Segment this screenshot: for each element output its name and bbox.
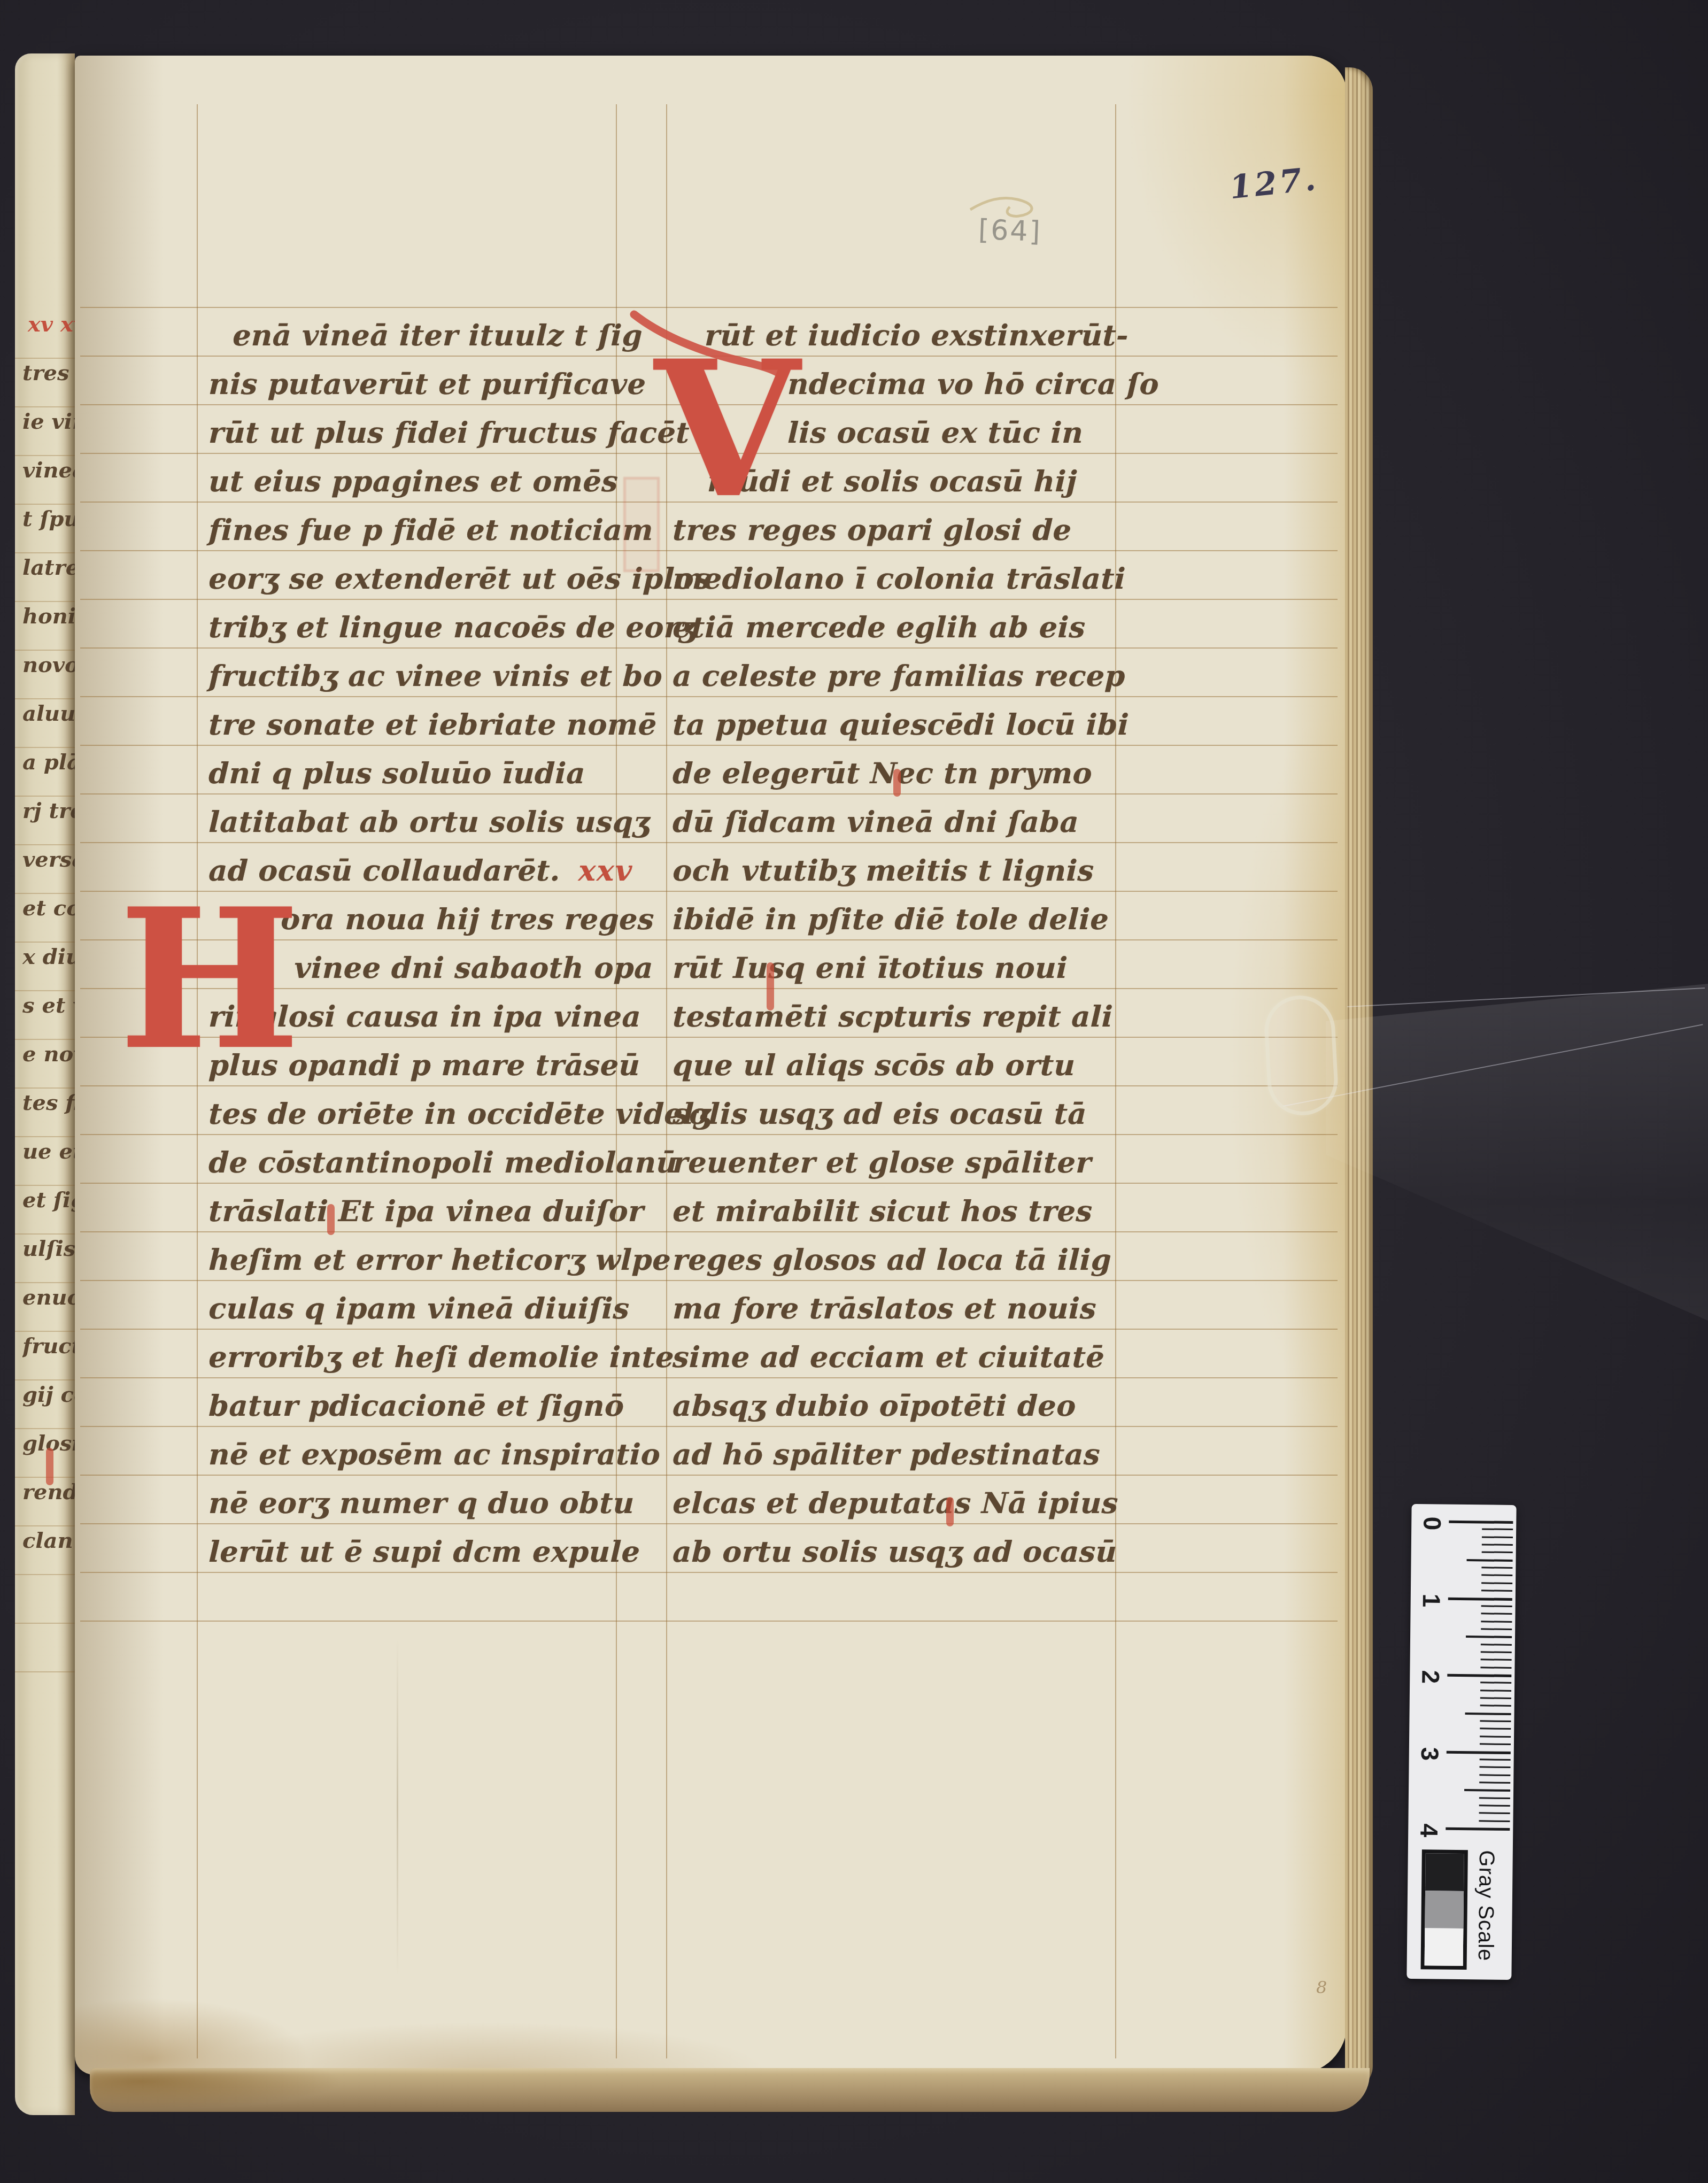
manuscript-line: ibidē in pſite diē tole delie: [671, 902, 1109, 948]
ruler-tick-cm: [1447, 1750, 1511, 1754]
manuscript-line-text: que ul aliqs scōs ab ortu: [672, 1048, 1076, 1082]
manuscript-line-text: ad hō spāliter pdestinatas: [672, 1437, 1101, 1471]
manuscript-line: fines fue p fidē et noticiam: [207, 513, 654, 559]
manuscript-line-text: mediolano ī colonia trāslati: [672, 561, 1126, 596]
page-edge-fragment: fructs pduc: [22, 1333, 75, 1359]
ruled-line-horizontal: [80, 307, 1338, 308]
manuscript-line: de cōstantinopoli mediolanū: [207, 1145, 678, 1191]
rubric-touch-nec: [893, 769, 901, 797]
manuscript-line-text: sime ad ecciam et ciuitatē: [672, 1340, 1105, 1374]
ruler-tick-mm: [1465, 1713, 1511, 1715]
page-edge-fragment: clan ipam: [22, 1528, 75, 1553]
manuscript-line-text: nē et exposēm ac inspiratio: [208, 1437, 661, 1471]
manuscript-line-text: nis putaverūt et purificave: [208, 367, 646, 401]
manuscript-line: ta ppetua quiescēdi locū ibi: [671, 707, 1129, 753]
page-edge-fragment: a plātauer: [22, 750, 75, 775]
ruler-tick-mm: [1480, 1697, 1511, 1699]
grayscale-patches: [1421, 1849, 1468, 1970]
manuscript-line-text: erroribʒ et heſi demolie inte: [208, 1340, 675, 1374]
manuscript-line-text: ta ppetua quiescēdi locū ibi: [672, 707, 1130, 742]
manuscript-line: reuenter et glose spāliter: [671, 1145, 1092, 1191]
ruler-tick-mm: [1480, 1690, 1511, 1692]
manuscript-line: ad hō spāliter pdestinatas: [671, 1437, 1101, 1483]
rubric-touch-iusq: [767, 962, 774, 1010]
manuscript-line: nē et exposēm ac inspiratio: [207, 1437, 661, 1483]
manuscript-line: testamēti scpturis repit ali: [671, 999, 1114, 1045]
ruler-tick-mm: [1480, 1735, 1511, 1738]
ruler-number: 2: [1417, 1663, 1444, 1691]
manuscript-line-text: reges glosos ad loca tā ilig: [672, 1243, 1112, 1277]
ruler-tick-mm: [1480, 1728, 1511, 1730]
manuscript-line: latitabat ab ortu solis usqʒ: [207, 805, 650, 851]
ruler-tick-mm: [1480, 1743, 1511, 1745]
manuscript-line: culas q ipam vineā diuiſis: [207, 1291, 630, 1337]
ruler-tick-mm: [1479, 1774, 1510, 1776]
manuscript-line-text: rūt ut plus fidei fructus facēt: [208, 415, 690, 450]
manuscript-line: enā vineā iter ituulz t ſig: [231, 318, 643, 364]
rubric-touch-na: [946, 1497, 954, 1526]
manuscript-line-text: de cōstantinopoli mediolanū: [208, 1145, 678, 1179]
manuscript-line-text: dū ſidcam vineā dni ſaba: [672, 805, 1079, 839]
manuscript-line: lis ocasū ex tūc in: [786, 415, 1084, 461]
ruler-tick-mm: [1482, 1536, 1513, 1538]
pencil-foliation-note: [64]: [978, 214, 1042, 248]
manuscript-line: de elegerūt Nec tn prymo: [671, 756, 1093, 802]
manuscript-line-text: de elegerūt Nec tn prymo: [672, 756, 1093, 790]
ruler-tick-mm: [1481, 1575, 1512, 1577]
manuscript-line: tre sonate et iebriate nomē: [207, 707, 657, 753]
ruler-tick-mm: [1480, 1720, 1511, 1722]
page-edge-fragment: rj tres rege: [22, 798, 75, 823]
manuscript-line: rūt Iusq eni ītotius noui: [671, 951, 1068, 997]
page-stack-bottom-edge: [90, 2068, 1370, 2112]
ruler-tick-mm: [1481, 1582, 1512, 1584]
page-edge-fragment: xv xv: [22, 312, 75, 337]
manuscript-line-text: lis ocasū ex tūc in: [787, 415, 1084, 450]
ruler-tick-cm: [1446, 1827, 1510, 1831]
manuscript-line-text: tes de oriēte in occidēte videlʒ: [208, 1097, 711, 1131]
manuscript-line-text: enā vineā iter ituulz t ſig: [232, 318, 643, 352]
ruler-tick-mm: [1466, 1636, 1512, 1638]
ruler-tick-mm: [1467, 1559, 1513, 1562]
manuscript-line-text: ora noua hij tres reges: [280, 902, 655, 936]
manuscript-line-text: solis usqʒ ad eis ocasū tā: [672, 1097, 1087, 1131]
manuscript-line: vinee dni sabaoth opa: [293, 951, 653, 997]
manuscript-line: nē eorʒ numer q duo obtu: [207, 1486, 635, 1532]
manuscript-line: dū ſidcam vineā dni ſaba: [671, 805, 1079, 851]
manuscript-line: nis putaverūt et purificave: [207, 367, 646, 413]
ruler-tick-mm: [1481, 1659, 1512, 1661]
page-edge-fragment: enuo fidei cl: [22, 1285, 75, 1310]
manuscript-line-text: rūt Iusq eni ītotius noui: [672, 951, 1068, 985]
ruler-tick-mm: [1481, 1605, 1512, 1607]
grayscale-label: Gray Scale: [1473, 1850, 1498, 1970]
manuscript-line: heſim et error heticorʒ wlpe: [207, 1243, 671, 1289]
manuscript-line: ndecima vo hō circa ſo: [786, 367, 1160, 413]
manuscript-line-text: tre sonate et iebriate nomē: [208, 707, 658, 742]
manuscript-line: que ul aliqs scōs ab ortu: [671, 1048, 1076, 1094]
grayscale-ruler: 01234 Gray Scale: [1406, 1504, 1516, 1980]
manuscript-line-text: ndecima vo hō circa ſo: [787, 367, 1160, 401]
manuscript-line: ab ortu solis usqʒ ad ocasū: [671, 1534, 1117, 1580]
ruler-tick-mm: [1481, 1651, 1512, 1653]
page-edge-fragment: versabili: [22, 847, 75, 872]
ruler-tick-mm: [1482, 1552, 1513, 1554]
chapter-number-rubric: xxv: [578, 853, 633, 888]
page-edge-fragment: et collā h: [22, 896, 75, 921]
manuscript-line-text: culas q ipam vineā diuiſis: [208, 1291, 630, 1325]
manuscript-line: elcas et deputatas Nā ipius: [671, 1486, 1118, 1532]
manuscript-line: solis usqʒ ad eis ocasū tā: [671, 1097, 1087, 1143]
ruler-tick-mm: [1479, 1781, 1510, 1784]
ruler-tick-mm: [1479, 1812, 1510, 1815]
manuscript-line-text: heſim et error heticorʒ wlpe: [208, 1243, 671, 1277]
ruler-tick-cm: [1448, 1597, 1512, 1600]
ruler-tick-mm: [1480, 1667, 1511, 1669]
ruler-tick-mm: [1479, 1797, 1510, 1799]
ruler-tick-mm: [1479, 1767, 1510, 1769]
ruler-tick-mm: [1479, 1820, 1510, 1822]
ruler-tick-cm: [1447, 1674, 1511, 1677]
manuscript-line: mediolano ī colonia trāslati: [671, 561, 1126, 607]
page-edge-fragment: tres reges: [22, 360, 75, 385]
manuscript-line-text: och vtutibʒ meitis t lignis: [672, 853, 1094, 888]
ruler-numbers: 01234: [1412, 1504, 1517, 1505]
ruler-tick-mm: [1464, 1789, 1510, 1792]
manuscript-line-text: absqʒ dubio oīpotēti deo: [672, 1389, 1077, 1423]
manuscript-line-text: ut eius ppagines et omēs: [208, 464, 619, 498]
page-edge-fragment: t ſpuis dni: [22, 506, 75, 531]
manuscript-line-text: fructibʒ ac vinee vinis et bo: [208, 659, 663, 693]
grayscale-patch-white: [1425, 1928, 1464, 1966]
ruler-tick-mm: [1480, 1705, 1511, 1707]
previous-page-edge: xv xvtres regesie vindresvineā duilst ſp…: [15, 53, 75, 2115]
ruler-tick-mm: [1482, 1529, 1513, 1531]
manuscript-photo-scene: xv xvtres regesie vindresvineā duilst ſp…: [0, 0, 1708, 2183]
manuscript-line: ora noua hij tres reges: [280, 902, 654, 948]
manuscript-line-text: tribʒ et lingue nacoēs de eorʒ: [208, 610, 697, 644]
manuscript-line: ma fore trāslatos et nouis: [671, 1291, 1097, 1337]
ruler-number: 4: [1416, 1817, 1443, 1844]
manuscript-line: rūt ut plus fidei fructus facēt: [207, 415, 690, 461]
page-edge-fragment: ue et acclē: [22, 1139, 75, 1164]
ruler-number: 1: [1418, 1587, 1446, 1614]
manuscript-line-text: et mirabilit sicut hos tres: [672, 1194, 1093, 1228]
grayscale-patch-gray: [1425, 1891, 1464, 1929]
manuscript-line-text: testamēti scpturis repit ali: [672, 999, 1114, 1033]
fragment-red-initial-mark: [46, 1448, 53, 1485]
ruled-line-horizontal: [80, 1621, 1338, 1622]
manuscript-line-text: nē eorʒ numer q duo obtu: [208, 1486, 635, 1520]
manuscript-line-text: ma fore trāslatos et nouis: [672, 1291, 1097, 1325]
manuscript-line-text: fines fue p fidē et noticiam: [208, 513, 654, 547]
page-edge-fragment: et ſignis te: [22, 1187, 75, 1213]
page-edge-fragment: ulſis mical: [22, 1236, 75, 1261]
page-edge-fragment: tes fidei pri: [22, 1090, 75, 1115]
grayscale-patch-black: [1425, 1853, 1464, 1891]
red-ink-offset-ghost: [623, 477, 660, 572]
rubric-touch-et: [327, 1204, 335, 1235]
manuscript-line: fructibʒ ac vinee vinis et bo: [207, 659, 663, 705]
manuscript-line-text: ab ortu solis usqʒ ad ocasū: [672, 1534, 1117, 1569]
page-edge-fragment: honi aph: [22, 604, 75, 629]
manuscript-line-text: elcas et deputatas Nā ipius: [672, 1486, 1119, 1520]
manuscript-line: sime ad ecciam et ciuitatē: [671, 1340, 1105, 1386]
plastic-page-clip: [1263, 994, 1340, 1117]
manuscript-line: a celeste pre familias recep: [671, 659, 1126, 705]
manuscript-line: dni q plus soluūo īudia: [207, 756, 585, 802]
page-edge-fragment: novos fid: [22, 652, 75, 677]
red-initial-V: V: [654, 336, 800, 523]
manuscript-line-text: etiā mercede eglih ab eis: [672, 610, 1086, 644]
manuscript-line-text: latitabat ab ortu solis usqʒ: [208, 805, 650, 839]
manuscript-line-text: trāslati Et ipa vinea duiſor: [208, 1194, 644, 1228]
ruler-tick-mm: [1481, 1613, 1512, 1615]
ruler-tick-cm: [1449, 1521, 1513, 1524]
manuscript-line: et mirabilit sicut hos tres: [671, 1194, 1093, 1240]
manuscript-line: tes de oriēte in occidēte videlʒ: [207, 1097, 711, 1143]
manuscript-line: absqʒ dubio oīpotēti deo: [671, 1389, 1076, 1434]
manuscript-line-text: dni q plus soluūo īudia: [208, 756, 586, 790]
ruler-tick-mm: [1481, 1590, 1512, 1592]
manuscript-line-text: reuenter et glose spāliter: [672, 1145, 1092, 1179]
manuscript-line: ut eius ppagines et omēs: [207, 464, 619, 510]
ruler-tick-mm: [1479, 1804, 1510, 1807]
plastic-film-sheen: [1326, 978, 1708, 1321]
manuscript-line: lerūt ut ē supi dcm expule: [207, 1534, 640, 1580]
ruler-tick-mm: [1480, 1682, 1511, 1684]
page-edge-fragment: aluues t w: [22, 701, 75, 726]
manuscript-line: och vtutibʒ meitis t lignis: [671, 853, 1094, 899]
red-initial-H: H: [119, 883, 300, 1076]
ruler-tick-mm: [1481, 1567, 1512, 1569]
ruler-number: 3: [1417, 1740, 1444, 1768]
manuscript-line-text: ibidē in pſite diē tole delie: [672, 902, 1109, 936]
ruler-tick-mm: [1481, 1621, 1512, 1623]
manuscript-line-text: lerūt ut ē supi dcm expule: [208, 1534, 640, 1569]
manuscript-line: batur pdicacionē et ſignō: [207, 1389, 624, 1434]
ruler-ticks: [1412, 1504, 1517, 1505]
ruler-tick-mm: [1481, 1628, 1512, 1630]
page-edge-fragment: s et vide: [22, 993, 75, 1018]
manuscript-line: tribʒ et lingue nacoēs de eorʒ: [207, 610, 697, 656]
page-edge-fragment: ie vindres: [22, 409, 75, 434]
page-edge-fragment: x diuisis ip: [22, 944, 75, 969]
manuscript-line: trāslati Et ipa vinea duiſor: [207, 1194, 644, 1240]
manuscript-line: reges glosos ad loca tā ilig: [671, 1243, 1112, 1289]
manuscript-line: erroribʒ et heſi demolie inte: [207, 1340, 675, 1386]
manuscript-line-text: batur pdicacionē et ſignō: [208, 1389, 625, 1423]
ruler-tick-mm: [1482, 1544, 1513, 1546]
manuscript-line: etiā mercede eglih ab eis: [671, 610, 1086, 656]
page-edge-fragment: e novo apl: [22, 1042, 75, 1067]
manuscript-line-text: vinee dni sabaoth opa: [293, 951, 654, 985]
page-edge-fragment: latre onia: [22, 555, 75, 580]
ruler-tick-mm: [1480, 1758, 1511, 1761]
manuscript-line-text: a celeste pre familias recep: [672, 659, 1126, 693]
ruler-number: 0: [1419, 1510, 1446, 1537]
parchment-crease: [397, 1636, 398, 1978]
page-edge-fragment: vineā duils: [22, 458, 75, 483]
page-corner-mark: 8: [1316, 1977, 1327, 1997]
page-edge-fragment: gij ccm: [22, 1382, 75, 1407]
ruler-tick-mm: [1481, 1644, 1512, 1646]
